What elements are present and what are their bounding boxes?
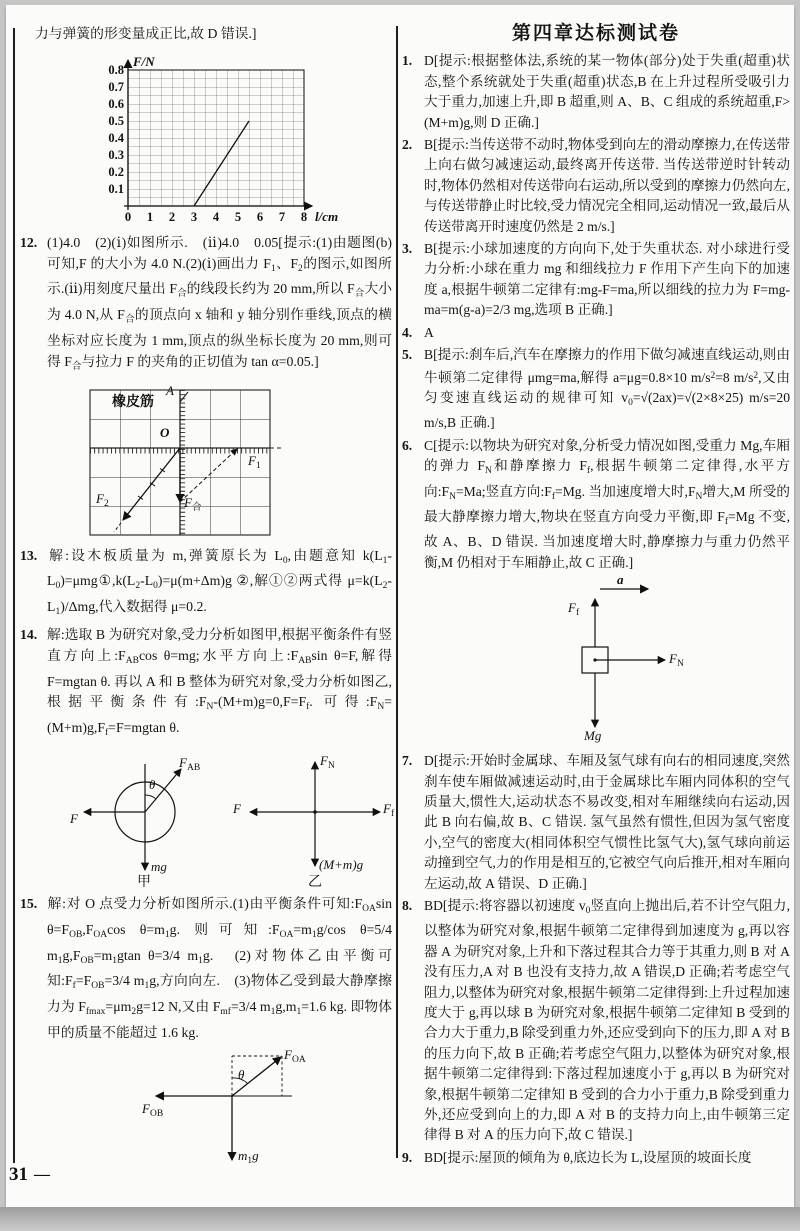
answer-item-5: 5.B[提示:刹车后,汽车在摩擦力的作用下做匀减速直线运动,则由牛顿第二定律得 …: [402, 345, 790, 434]
answer-item-12: 12.(1)4.0 (2)(ⅰ)如图所示. (ⅱ)4.0 0.05[提示:(1)…: [20, 233, 392, 378]
acceleration-label: a: [617, 573, 624, 587]
item-number: 13.: [20, 546, 47, 567]
item-number: 4.: [402, 323, 424, 343]
y-tick: 0.8: [108, 63, 124, 77]
answer-item-8: 8.BD[提示:将容器以初速度 v0竖直向上抛出后,若不计空气阻力,以整体为研究…: [402, 896, 790, 1146]
page-number: 31: [9, 1164, 28, 1186]
f1-label: F1: [248, 454, 261, 473]
y-tick: 0.2: [108, 165, 124, 179]
left-margin-rule: [13, 28, 15, 1163]
answer-item-9: 9.BD[提示:屋顶的倾角为 θ,底边长为 L,设屋顶的坡面长度: [402, 1148, 790, 1168]
caption-yi: 乙: [308, 875, 322, 890]
scan-edge-bottom: [0, 1207, 800, 1231]
carryover-text: 力与弹簧的形变量成正比,故 D 错误.]: [20, 24, 392, 45]
diagram-canvas: [90, 390, 274, 540]
x-tick: 5: [235, 210, 241, 224]
item-number: 12.: [20, 233, 47, 254]
answer-item-1: 1.D[提示:根据整体法,系统的某一物体(部分)处于失重(超重)状态,整个系统就…: [402, 51, 790, 133]
item-number: 14.: [20, 625, 47, 646]
left-column: 力与弹簧的形变量成正比,故 D 错误.] 0.8 0.7 0.6 0.5 0.4…: [20, 24, 392, 1170]
item-text: BD[提示:将容器以初速度 v0竖直向上抛出后,若不计空气阻力,以整体为研究对象…: [424, 898, 790, 1142]
f-label: F: [70, 812, 78, 826]
x-tick: 3: [191, 210, 197, 224]
theta-arc: [145, 795, 156, 799]
y-tick: 0.4: [108, 131, 124, 145]
item-number: 7.: [402, 751, 424, 771]
graph-canvas: 0.8 0.7 0.6 0.5 0.4 0.3 0.2 0.1 0 1 2 3 …: [84, 53, 334, 229]
mg-label: Mg: [584, 729, 601, 743]
item-number: 15.: [20, 894, 47, 915]
answer-item-7: 7.D[提示:开始时金属球、车厢及氢气球有向右的相同速度,突然刹车使车厢做减速运…: [402, 751, 790, 894]
right-column: 第四章达标测试卷 1.D[提示:根据整体法,系统的某一物体(部分)处于失重(超重…: [402, 22, 790, 1170]
mg-label: mg: [151, 860, 167, 874]
item-number: 5.: [402, 345, 424, 365]
point-a-label: A: [166, 384, 174, 398]
item-number: 1.: [402, 51, 424, 71]
item-number: 6.: [402, 436, 424, 456]
x-tick: 4: [213, 210, 220, 224]
x-tick: 0: [125, 210, 131, 224]
y-tick: 0.3: [108, 148, 124, 162]
f-label: F: [233, 802, 241, 816]
item-text: B[提示:小球加速度的方向向下,处于失重状态. 对小球进行受力分析:小球在重力 …: [424, 241, 790, 317]
rubber-band-diagram: 橡皮筋 A O F1 F2 F合: [88, 388, 272, 540]
fn-label: FN: [669, 652, 684, 671]
answer-item-6: 6.C[提示:以物块为研究对象,分析受力情况如图,受重力 Mg,车厢的弹力 FN…: [402, 436, 790, 573]
item-text: C[提示:以物块为研究对象,分析受力情况如图,受重力 Mg,车厢的弹力 FN和静…: [424, 438, 790, 570]
item-number: 8.: [402, 896, 424, 916]
item-text: BD[提示:屋顶的倾角为 θ,底边长为 L,设屋顶的坡面长度: [424, 1150, 751, 1165]
section-title: 第四章达标测试卷: [402, 24, 790, 44]
item-number: 2.: [402, 135, 424, 155]
theta-label: θ: [149, 778, 155, 792]
x-tick: 1: [147, 210, 153, 224]
foa-label: FOA: [284, 1048, 306, 1067]
rubber-band-label: 橡皮筋: [112, 395, 154, 410]
y-tick: 0.7: [108, 80, 124, 94]
item-text: 解:选取 B 为研究对象,受力分析如图甲,根据平衡条件有竖直方向上:FABcos…: [47, 627, 392, 735]
answer-item-3: 3.B[提示:小球加速度的方向向下,处于失重状态. 对小球进行受力分析:小球在重…: [402, 239, 790, 321]
weight-label: (M+m)g: [319, 858, 363, 872]
item-text: D[提示:开始时金属球、车厢及氢气球有向右的相同速度,突然刹车使车厢做减速运动时…: [424, 753, 790, 890]
point-o-label: O: [160, 426, 169, 440]
y-tick: 0.5: [108, 114, 124, 128]
item-text: 解:设木板质量为 m,弹簧原长为 L0,由题意知 k(L1-L0)=μmg①,k…: [47, 548, 392, 615]
y-tick: 0.6: [108, 97, 124, 111]
o-point-force-diagram: FOA θ FOB m1g: [132, 1048, 342, 1170]
answer-item-13: 13.解:设木板质量为 m,弹簧原长为 L0,由题意知 k(L1-L0)=μmg…: [20, 546, 392, 623]
fn-label: FN: [320, 754, 335, 773]
x-axis-label: l/cm: [315, 209, 338, 224]
fob-label: FOB: [142, 1102, 163, 1121]
item-text: B[提示:当传送带不动时,物体受到向左的滑动摩擦力,在传送带上向右做匀减速运动,…: [424, 137, 790, 234]
column-divider-rule: [396, 26, 398, 1158]
m1g-label: m1g: [238, 1149, 259, 1168]
x-tick: 6: [257, 210, 263, 224]
f-resultant-label: F合: [184, 496, 201, 515]
x-tick: 2: [169, 210, 175, 224]
fab-label: FAB: [179, 756, 200, 775]
graph-grid: [128, 70, 304, 206]
answer-item-15: 15.解:对 O 点受力分析如图所示.(1)由平衡条件可知:FOAsin θ=F…: [20, 894, 392, 1044]
item-number: 9.: [402, 1148, 424, 1168]
theta-label: θ: [238, 1068, 244, 1082]
answer-item-4: 4.A: [402, 323, 790, 343]
answer-item-14: 14.解:选取 B 为研究对象,受力分析如图甲,根据平衡条件有竖直方向上:FAB…: [20, 625, 392, 744]
diagram-canvas: [502, 575, 697, 747]
item-text: 解:对 O 点受力分析如图所示.(1)由平衡条件可知:FOAsin θ=FOB,…: [47, 896, 392, 1040]
block-force-diagram: a Ff FN Mg: [502, 575, 697, 749]
item-text: (1)4.0 (2)(ⅰ)如图所示. (ⅱ)4.0 0.05[提示:(1)由题图…: [47, 235, 392, 369]
item-text: A: [424, 325, 434, 340]
force-extension-graph: 0.8 0.7 0.6 0.5 0.4 0.3 0.2 0.1 0 1 2 3 …: [84, 53, 334, 229]
y-tick: 0.1: [108, 182, 124, 196]
free-body-diagrams-jia-yi: FAB θ F mg 甲 FN F Ff (M+m)g 乙: [30, 750, 390, 892]
ff-label: Ff: [383, 802, 394, 821]
item-text: B[提示:刹车后,汽车在摩擦力的作用下做匀减速直线运动,则由牛顿第二定律得 μm…: [424, 347, 790, 430]
x-tick: 7: [279, 210, 285, 224]
item-text: D[提示:根据整体法,系统的某一物体(部分)处于失重(超重)状态,整个系统就处于…: [424, 53, 790, 129]
page-number-dash: —: [34, 1166, 50, 1184]
ff-label: Ff: [568, 601, 579, 620]
center-dot: [313, 810, 317, 814]
answer-item-2: 2.B[提示:当传送带不动时,物体受到向左的滑动摩擦力,在传送带上向右做匀减速运…: [402, 135, 790, 237]
item-number: 3.: [402, 239, 424, 259]
y-axis-label: F/N: [132, 54, 155, 69]
f2-label: F2: [96, 492, 109, 511]
x-tick: 8: [301, 210, 307, 224]
caption-jia: 甲: [137, 875, 151, 890]
diagram-canvas: [132, 1048, 342, 1170]
